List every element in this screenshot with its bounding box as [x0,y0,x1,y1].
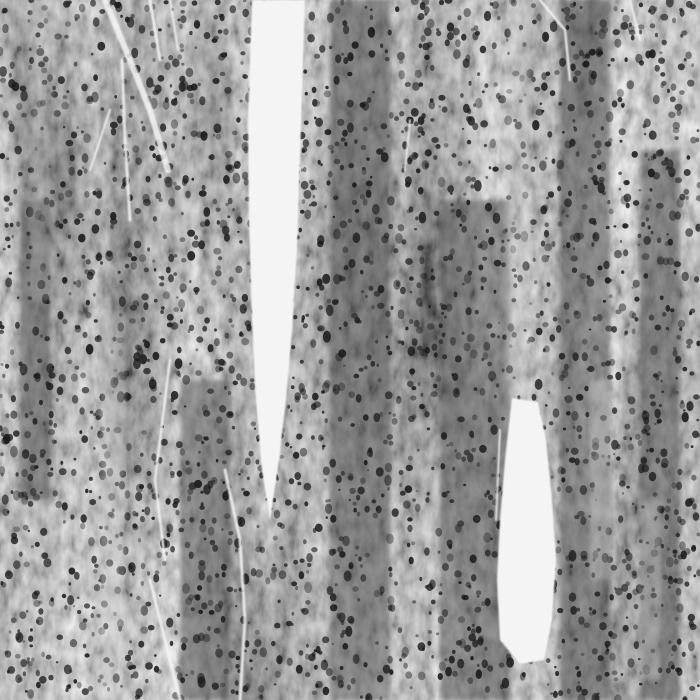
micrograph-image [0,0,700,700]
tissue-texture [0,0,700,700]
